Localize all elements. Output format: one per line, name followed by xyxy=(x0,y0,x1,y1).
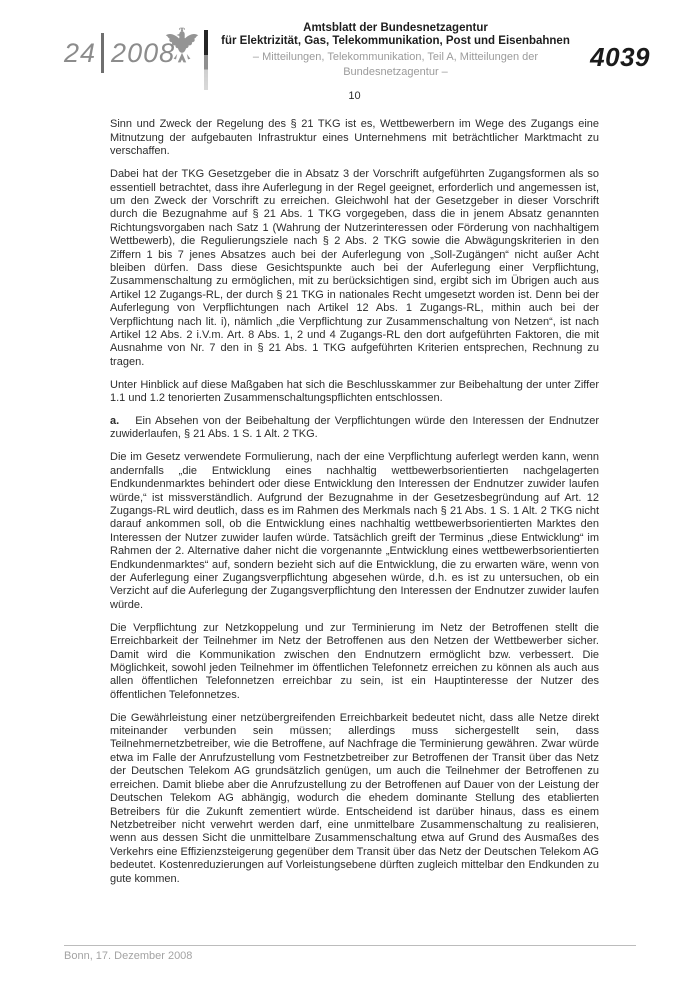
page-number: 10 xyxy=(110,90,599,103)
paragraph-item-a: a.Ein Absehen von der Beibehaltung der V… xyxy=(110,415,599,442)
masthead-title-line2: für Elektrizität, Gas, Telekommunikation… xyxy=(218,35,573,48)
issue-number: 24 2008 xyxy=(64,33,175,73)
paragraph: Dabei hat der TKG Gesetzgeber die in Abs… xyxy=(110,168,599,369)
paragraph: Sinn und Zweck der Regelung des § 21 TKG… xyxy=(110,118,599,158)
masthead-title-line1: Amtsblatt der Bundesnetzagentur xyxy=(218,22,573,35)
paragraph: Unter Hinblick auf diese Maßgaben hat si… xyxy=(110,379,599,406)
paragraph: Die Gewährleistung einer netzübergreifen… xyxy=(110,712,599,886)
paragraph-text: Ein Absehen von der Beibehaltung der Ver… xyxy=(110,415,599,440)
logo-divider-bar xyxy=(204,30,208,90)
gazette-page-code: 4039 xyxy=(590,42,650,73)
issue-divider xyxy=(101,33,104,73)
paragraph-text: Die Verpflichtung zur Netzkoppelung und … xyxy=(110,622,599,701)
paragraph-text: Die Gewährleistung einer netzübergreifen… xyxy=(110,712,599,885)
paragraph: Die im Gesetz verwendete Formulierung, n… xyxy=(110,451,599,612)
footer-place-date: Bonn, 17. Dezember 2008 xyxy=(64,950,192,962)
document-body: 10 Sinn und Zweck der Regelung des § 21 … xyxy=(110,90,599,895)
issue-no: 24 xyxy=(64,40,96,67)
paragraph-text: Dabei hat der TKG Gesetzgeber die in Abs… xyxy=(110,168,599,368)
paragraph: Die Verpflichtung zur Netzkoppelung und … xyxy=(110,622,599,702)
masthead: Amtsblatt der Bundesnetzagentur für Elek… xyxy=(218,22,573,80)
masthead-subtitle: – Mitteilungen, Telekommunikation, Teil … xyxy=(218,50,573,80)
paragraph-text: Unter Hinblick auf diese Maßgaben hat si… xyxy=(110,379,599,404)
footer-divider xyxy=(64,945,636,946)
paragraph-text: Sinn und Zweck der Regelung des § 21 TKG… xyxy=(110,118,599,157)
paragraph-text: Die im Gesetz verwendete Formulierung, n… xyxy=(110,451,599,610)
paragraph-label: a. xyxy=(110,415,119,427)
document-page: 24 2008 xyxy=(0,0,700,990)
bundesadler-eagle-icon xyxy=(164,26,200,70)
